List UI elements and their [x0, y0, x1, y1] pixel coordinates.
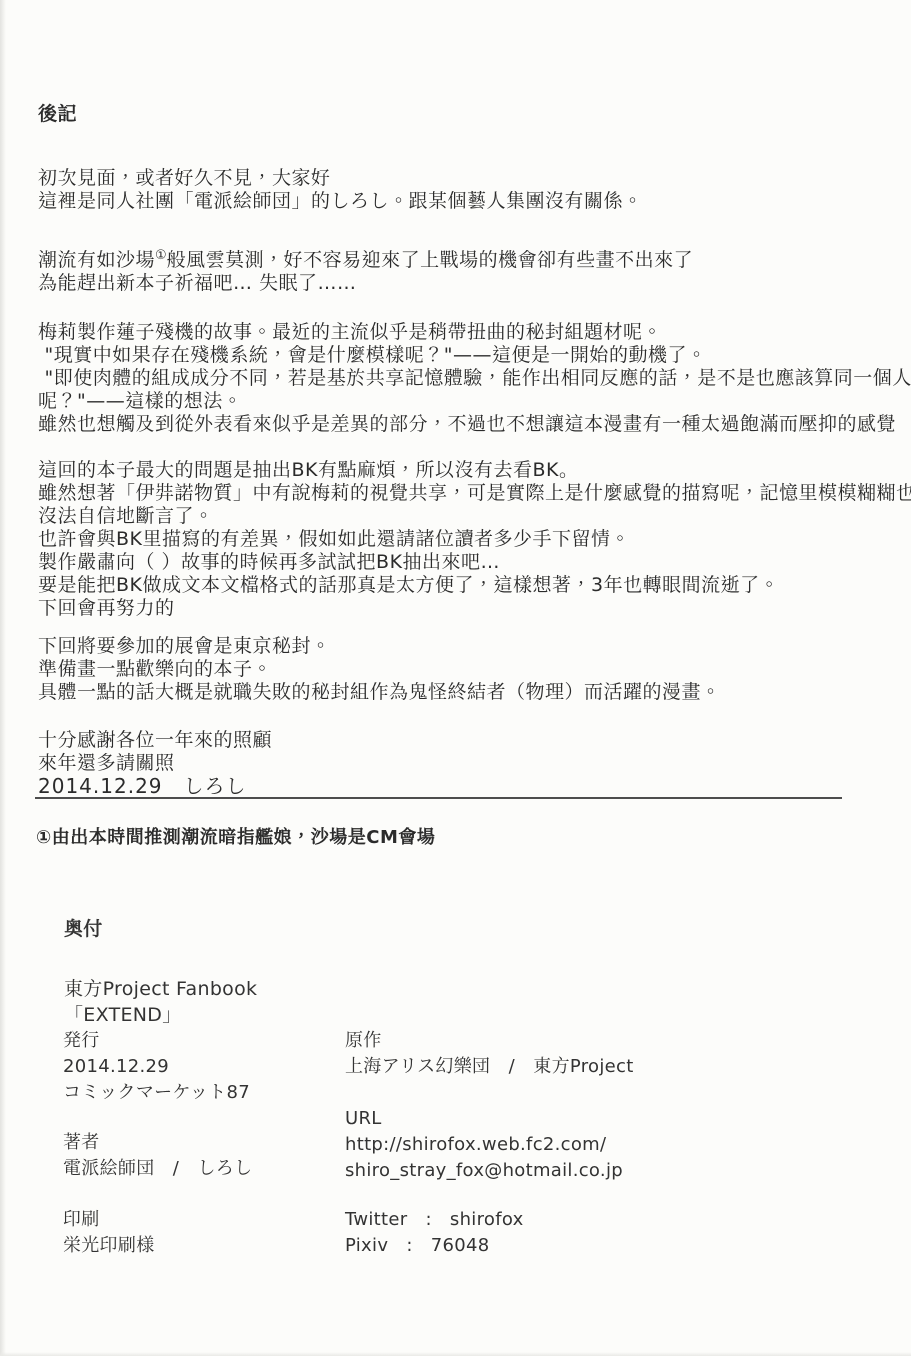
email-address: shiro_stray_fox@hotmail.co.jp	[345, 1158, 623, 1184]
publish-label: 発行	[63, 1028, 250, 1054]
text-line: 十分感謝各位一年來的照顧	[38, 729, 272, 752]
publish-block: 発行2014.12.29コミックマーケット87	[63, 1028, 250, 1106]
printing-block: 印刷栄光印刷様	[63, 1207, 155, 1259]
text-line: 準備畫一點歡樂向的本子。	[38, 658, 721, 681]
book-title: 東方Project Fanbook「EXTEND」	[64, 976, 257, 1028]
scanned-page: 後記 初次見面，或者好久不見，大家好這裡是同人社團「電派絵師団」的しろし。跟某個…	[0, 0, 911, 1356]
text-line: 沒法自信地斷言了。	[38, 505, 911, 528]
afterword-paragraph-greeting: 初次見面，或者好久不見，大家好這裡是同人社團「電派絵師団」的しろし。跟某個藝人集…	[38, 167, 643, 213]
url-block: URLhttp://shirofox.web.fc2.com/shiro_str…	[345, 1106, 623, 1184]
original-label: 原作	[345, 1028, 634, 1054]
text-line: "即使肉體的組成成分不同，若是基於共享記憶體驗，能作出相同反應的話，是不是也應該…	[38, 367, 911, 390]
afterword-paragraph-trend: 潮流有如沙場①般風雲莫測，好不容易迎來了上戰場的機會卻有些畫不出來了為能趕出新本…	[38, 244, 693, 295]
original-credit: 上海アリス幻樂団 / 東方Project	[345, 1054, 634, 1080]
footnote-text: ①由出本時間推測潮流暗指艦娘，沙場是CM會場	[36, 826, 435, 849]
afterword-paragraph-concept: 梅莉製作蓮子殘機的故事。最近的主流似乎是稍帶扭曲的秘封組題材呢。 "現實中如果存…	[38, 321, 911, 436]
printing-label: 印刷	[63, 1207, 155, 1233]
book-series-line: 東方Project Fanbook	[64, 976, 257, 1002]
afterword-heading: 後記	[38, 103, 77, 126]
scan-edge-bottom	[0, 1352, 911, 1356]
text-line: 也許會與BK里描寫的有差異，假如如此還請諸位讀者多少手下留情。	[38, 528, 911, 551]
text-line: 梅莉製作蓮子殘機的故事。最近的主流似乎是稍帶扭曲的秘封組題材呢。	[38, 321, 911, 344]
twitter-handle: Twitter : shirofox	[345, 1207, 524, 1233]
text-line: 這回的本子最大的問題是抽出BK有點麻煩，所以沒有去看BK。	[38, 459, 911, 482]
sns-block: Twitter : shirofoxPixiv : 76048	[345, 1207, 524, 1259]
text-line: 來年還多請關照	[38, 752, 272, 775]
text-line: 雖然想著「伊弉諾物質」中有說梅莉的視覺共享，可是實際上是什麼感覺的描寫呢，記憶里…	[38, 482, 911, 505]
text-line: 這裡是同人社團「電派絵師団」的しろし。跟某個藝人集團沒有關係。	[38, 190, 643, 213]
text-line: 下回將要參加的展會是東京秘封。	[38, 635, 721, 658]
footnote-divider	[35, 797, 842, 799]
printing-company: 栄光印刷様	[63, 1233, 155, 1259]
pixiv-id: Pixiv : 76048	[345, 1233, 524, 1259]
text-line: 潮流有如沙場①般風雲莫測，好不容易迎來了上戰場的機會卻有些畫不出來了	[38, 244, 693, 272]
book-title-line: 「EXTEND」	[64, 1002, 257, 1028]
afterword-paragraph-thanks: 十分感謝各位一年來的照顧來年還多請關照	[38, 729, 272, 775]
url-label: URL	[345, 1106, 623, 1132]
text-line: 雖然也想觸及到從外表看來似乎是差異的部分，不過也不想讓這本漫畫有一種太過飽滿而壓…	[38, 413, 911, 436]
text-segment: 潮流有如沙場	[38, 249, 155, 271]
text-segment: 般風雲莫測，好不容易迎來了上戰場的機會卻有些畫不出來了	[167, 249, 694, 271]
afterword-paragraph-bk: 這回的本子最大的問題是抽出BK有點麻煩，所以沒有去看BK。雖然想著「伊弉諾物質」…	[38, 459, 911, 620]
publish-event: コミックマーケット87	[63, 1080, 250, 1106]
publish-date: 2014.12.29	[63, 1054, 250, 1080]
website-url: http://shirofox.web.fc2.com/	[345, 1132, 623, 1158]
signature-date-line: 2014.12.29 しろし	[38, 775, 247, 798]
text-line: 要是能把BK做成文本文檔格式的話那真是太方便了，這樣想著，3年也轉眼間流逝了。	[38, 574, 911, 597]
author-label: 著者	[63, 1130, 252, 1156]
footnote-ref-1: ①	[155, 248, 167, 263]
text-line: 為能趕出新本子祈福吧… 失眠了……	[38, 272, 693, 295]
author-name: 電派絵師団 / しろし	[63, 1156, 252, 1182]
original-work-block: 原作上海アリス幻樂団 / 東方Project	[345, 1028, 634, 1080]
text-line: 製作嚴肅向（ ）故事的時候再多試試把BK抽出來吧…	[38, 551, 911, 574]
colophon-heading: 奥付	[64, 916, 103, 942]
text-line: 下回會再努力的	[38, 597, 911, 620]
text-line: 呢？"——這樣的想法。	[38, 390, 911, 413]
scan-edge-left	[0, 0, 6, 1356]
author-block: 著者電派絵師団 / しろし	[63, 1130, 252, 1182]
afterword-paragraph-next-event: 下回將要參加的展會是東京秘封。準備畫一點歡樂向的本子。具體一點的話大概是就職失敗…	[38, 635, 721, 704]
text-line: 具體一點的話大概是就職失敗的秘封組作為鬼怪終結者（物理）而活躍的漫畫。	[38, 681, 721, 704]
text-line: "現實中如果存在殘機系統，會是什麼模樣呢？"——這便是一開始的動機了。	[38, 344, 911, 367]
text-line: 初次見面，或者好久不見，大家好	[38, 167, 643, 190]
